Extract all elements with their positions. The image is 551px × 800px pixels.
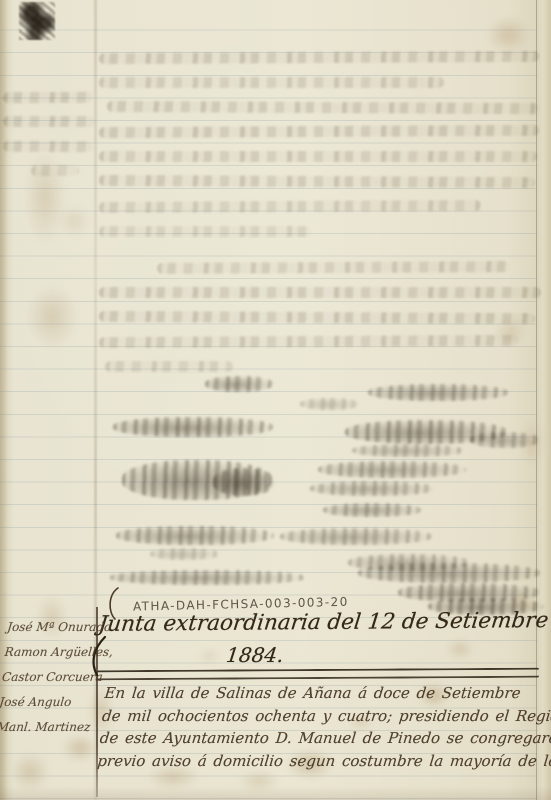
ink-smudge	[150, 548, 220, 560]
corner-ink-blot	[19, 2, 55, 40]
ink-smudge	[318, 461, 466, 478]
faded-text-line	[99, 77, 444, 88]
ink-smudge	[280, 528, 432, 545]
body-line: previo aviso á domicilio segun costumbre…	[96, 750, 544, 773]
faded-text-line	[157, 261, 509, 274]
ink-smudge	[300, 398, 360, 410]
body-line: de mil ochocientos ochenta y cuatro; pre…	[101, 705, 549, 728]
entry-heading-line2: 1884.	[109, 643, 402, 667]
faded-text-line	[99, 175, 535, 188]
margin-name: José Mª Onurado	[6, 615, 102, 640]
attendee-margin-names: José Mª OnuradoRamon Argüelles,Castor Co…	[0, 615, 102, 740]
paper-stain	[26, 285, 78, 349]
faded-text-line	[105, 361, 233, 372]
paper-stain	[238, 770, 280, 792]
faded-text-line	[99, 310, 535, 323]
minutes-body-text: En la villa de Salinas de Añana á doce d…	[96, 682, 551, 772]
ink-smudge	[116, 526, 274, 545]
ink-smudge	[323, 503, 421, 517]
margin-name: Manl. Martinez	[0, 715, 91, 740]
margin-name: Ramon Argüelles,	[3, 640, 99, 665]
ink-smudge	[352, 444, 464, 457]
faded-text-line	[99, 200, 481, 213]
paper-stain	[58, 205, 90, 237]
faded-text-line	[99, 287, 541, 298]
faded-text-line	[99, 151, 537, 162]
faded-text-line	[31, 165, 79, 176]
ink-smudge	[113, 417, 273, 437]
entry-heading-line1: Junta extraordinaria del 12 de Setiembre…	[97, 608, 550, 637]
faded-text-line	[99, 226, 311, 237]
ink-smudge	[358, 563, 540, 583]
faded-text-line	[3, 116, 95, 127]
body-line: de este Ayuntamiento D. Manuel de Pinedo…	[99, 727, 547, 750]
ink-smudge	[310, 481, 435, 496]
ink-smudge	[368, 384, 508, 401]
ink-smudge	[205, 376, 273, 392]
paper-stain	[446, 638, 474, 660]
margin-name: José Angulo	[0, 690, 94, 715]
faded-text-line	[3, 140, 93, 151]
adjacent-page-edge	[536, 0, 551, 800]
ink-smudge	[110, 570, 305, 585]
ink-smudge	[470, 432, 540, 448]
ink-smudge	[213, 468, 275, 496]
margin-name: Castor Corcuera	[1, 665, 97, 690]
paper-stain	[10, 752, 50, 792]
faded-text-line	[107, 100, 539, 113]
manuscript-page: ATHA-DAH-FCHSA-003-003-20 Junta extraord…	[0, 0, 551, 800]
faded-text-line	[3, 92, 93, 103]
page-bottom-shadow	[0, 786, 551, 800]
body-line: En la villa de Salinas de Añana á doce d…	[103, 682, 551, 705]
paper-stain	[486, 16, 530, 54]
faded-text-line	[99, 51, 539, 64]
